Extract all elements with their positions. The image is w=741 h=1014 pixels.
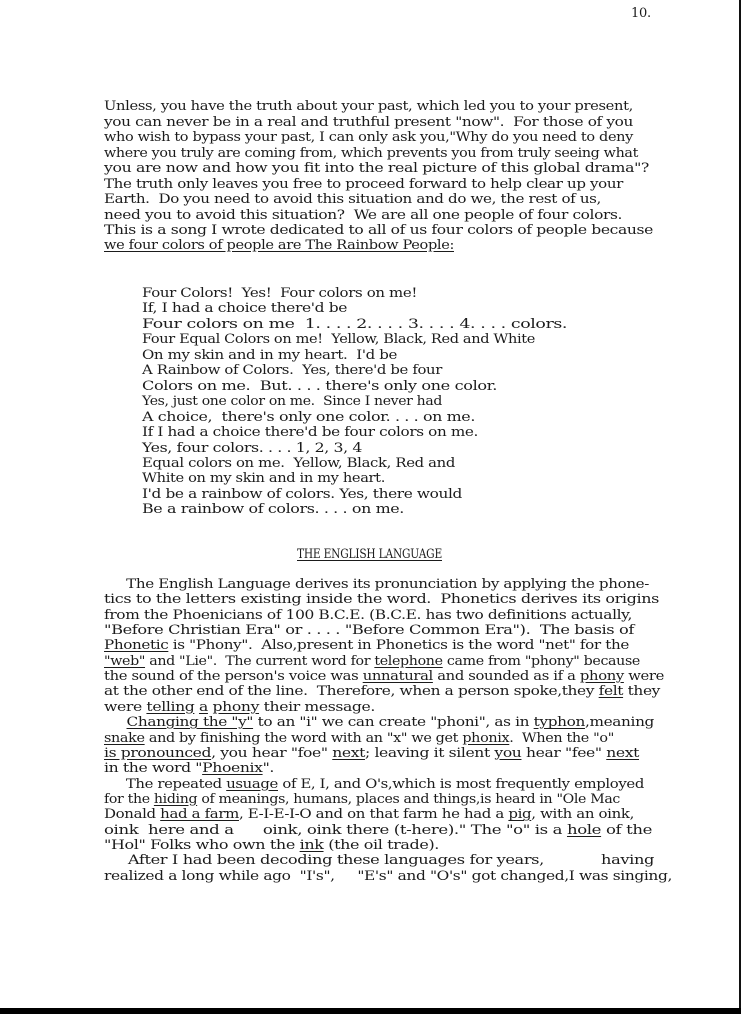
paragraph-line: you are now and how you fit into the rea… [104,160,649,175]
song-line: Equal colors on me. Yellow, Black, Red a… [142,455,455,470]
text-run: for the [104,791,154,806]
paragraph-line: "web" and "Lie". The current word for te… [104,653,640,668]
song-line: I'd be a rainbow of colors. Yes, there w… [142,486,462,501]
underlined-word: hole [567,822,601,837]
underlined-word: telephone [374,653,442,668]
song-line: If, I had a choice there'd be [142,300,347,315]
text-run: oink here and a oink, oink there (t-here… [104,822,567,837]
song-line: Four colors on me 1. . . . 2. . . . 3. .… [142,316,567,331]
underlined-word: next [606,745,639,760]
underlined-word: usuage [226,776,278,791]
underlined-word: unnatural [363,668,433,683]
text-run: "Hol" Folks who own the [104,837,300,852]
text-run: at the other end of the line. Therefore,… [104,683,599,698]
paragraph-line: in the word "Phoenix". [104,760,274,775]
text-run: were [104,699,146,714]
underlined-word: felt [599,683,623,698]
paragraph-line: at the other end of the line. Therefore,… [104,683,660,698]
underlined-word: pig [508,806,531,821]
text-run: to an "i" we can create "phoni", as in [253,714,534,729]
text-run: their message. [259,699,375,714]
paragraph-line: Phonetic is "Phony". Also,present in Pho… [104,637,629,652]
text-run: Donald [104,806,160,821]
underlined-word: phony [580,668,624,683]
text-run: from the Phoenicians of 100 B.C.E. (B.C.… [104,607,632,622]
text-run: and sounded as if a [433,668,580,683]
text-run: came from "phony" because [443,653,640,668]
text-run: of E, I, and O's,which is most frequentl… [278,776,644,791]
text-run: After I had been decoding these language… [104,852,654,867]
underlined-word: ink [300,837,324,852]
section-title: THE ENGLISH LANGUAGE [297,546,442,561]
underlined-word: "web" [104,653,145,668]
paragraph-line: from the Phoenicians of 100 B.C.E. (B.C.… [104,607,632,622]
song-line: A Rainbow of Colors. Yes, there'd be fou… [142,362,442,377]
intro-last-line: we four colors of people are The Rainbow… [104,237,454,252]
paragraph-line: After I had been decoding these language… [104,852,654,867]
paragraph-line: for the hiding of meanings, humans, plac… [104,791,620,806]
underlined-word: typhon [534,714,585,729]
text-run: and by finishing the word with an "x" we… [145,730,463,745]
underlined-word: you [494,745,521,760]
song-line: A choice, there's only one color. . . . … [142,409,475,424]
underlined-word: a [199,699,208,714]
paragraph-line: "Before Christian Era" or . . . . "Befor… [104,622,634,637]
underlined-word: had a farm [160,806,239,821]
text-run: tics to the letters existing inside the … [104,591,659,606]
text-run: were [624,668,664,683]
text-run: The repeated [104,776,226,791]
underlined-word: next [332,745,365,760]
text-run: , you hear "foe" [211,745,332,760]
text-run: is "Phony". Also,present in Phonetics is… [168,637,629,652]
paragraph-line: Earth. Do you need to avoid this situati… [104,191,601,206]
text-run: they [623,683,660,698]
text-run: (the oil trade). [324,837,439,852]
song-line: If I had a choice there'd be four colors… [142,424,478,439]
text-run [104,714,127,729]
text-run: in the word " [104,760,202,775]
paragraph-line: who wish to bypass your past, I can only… [104,129,633,144]
song-line: Colors on me. But. . . . there's only on… [142,378,497,393]
paragraph-line: realized a long while ago "I's", "E's" a… [104,868,672,883]
song-line: Yes, just one color on me. Since I never… [142,393,442,408]
song-line: On my skin and in my heart. I'd be [142,347,397,362]
paragraph-line: need you to avoid this situation? We are… [104,207,622,222]
underlined-word: Changing the "y" [127,714,254,729]
underlined-word: snake [104,730,145,745]
song-line: Four Colors! Yes! Four colors on me! [142,285,417,300]
page-number: 10. [631,6,651,21]
text-run: ,meaning [585,714,654,729]
paragraph-line: is pronounced, you hear "foe" next; leav… [104,745,639,760]
paragraph-line: The repeated usuage of E, I, and O's,whi… [104,776,644,791]
paragraph-line: tics to the letters existing inside the … [104,591,659,606]
paragraph-line: were telling a phony their message. [104,699,375,714]
text-run: , with an oink, [531,806,634,821]
song-line: Be a rainbow of colors. . . . on me. [142,501,404,516]
underlined-word: hiding [154,791,197,806]
text-run: . When the "o" [509,730,614,745]
underlined-word: phonix [462,730,509,745]
text-run: the sound of the person's voice was [104,668,363,683]
text-run: "Before Christian Era" or . . . . "Befor… [104,622,634,637]
paragraph-line: This is a song I wrote dedicated to all … [104,222,653,237]
text-run: and "Lie". The current word for [145,653,374,668]
document-page: 10. Unless, you have the truth about you… [0,0,741,1014]
underlined-word: Phonetic [104,637,168,652]
song-line: Yes, four colors. . . . 1, 2, 3, 4 [142,440,362,455]
underlined-word: telling [146,699,194,714]
paragraph-line: you can never be in a real and truthful … [104,114,633,129]
paragraph-line: the sound of the person's voice was unna… [104,668,664,683]
text-run: The English Language derives its pronunc… [104,576,649,591]
text-run: ". [263,760,274,775]
text-run: ; leaving it silent [365,745,494,760]
paragraph-line: snake and by finishing the word with an … [104,730,614,745]
underlined-word: phony [213,699,259,714]
text-run: hear "fee" [521,745,606,760]
text-run: realized a long while ago "I's", "E's" a… [104,868,672,883]
scan-edge-bottom [0,1008,741,1014]
paragraph-line: "Hol" Folks who own the ink (the oil tra… [104,837,439,852]
paragraph-line: Unless, you have the truth about your pa… [104,98,633,113]
underlined-word: is pronounced [104,745,211,760]
song-line: White on my skin and in my heart. [142,470,385,485]
underlined-word: Phoenix [202,760,262,775]
text-run: of meanings, humans, places and things,i… [197,791,620,806]
paragraph-line: Donald had a farm, E-I-E-I-O and on that… [104,806,634,821]
song-line: Four Equal Colors on me! Yellow, Black, … [142,331,535,346]
text-run: of the [601,822,652,837]
paragraph-line: Changing the "y" to an "i" we can create… [104,714,654,729]
paragraph-line: The English Language derives its pronunc… [104,576,649,591]
paragraph-line: The truth only leaves you free to procee… [104,176,623,191]
paragraph-line: oink here and a oink, oink there (t-here… [104,822,652,837]
text-run: , E-I-E-I-O and on that farm he had a [239,806,508,821]
paragraph-line: where you truly are coming from, which p… [104,145,638,160]
